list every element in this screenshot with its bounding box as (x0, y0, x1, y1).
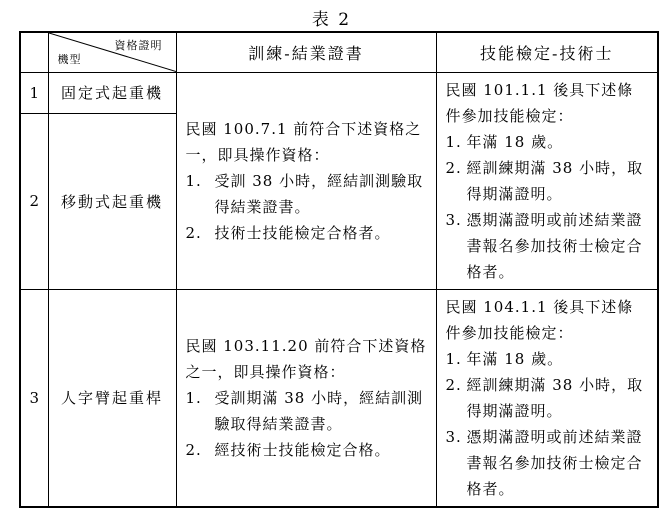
header-machine-type-label: 機型 (58, 51, 82, 67)
item-number: 1. (446, 129, 467, 155)
row-number: 1 (20, 72, 48, 113)
list-item: 1. 受訓 38 小時，經結訓測驗取得結業證書。 (186, 168, 428, 220)
item-number: 1. (186, 385, 215, 437)
item-number: 2. (446, 372, 467, 424)
machine-type-derrick: 人字臂起重桿 (48, 289, 176, 507)
item-text: 受訓 38 小時，經結訓測驗取得結業證書。 (215, 168, 428, 220)
training-cell-row-3: 民國 103.11.20 前符合下述資格之一，即具操作資格： 1. 受訓期滿 3… (176, 289, 436, 507)
item-text: 經訓練期滿 38 小時，取得期滿證明。 (467, 155, 650, 207)
table-row-1: 1 固定式起重機 民國 100.7.1 前符合下述資格之一，即具操作資格： 1.… (20, 72, 658, 113)
item-text: 年滿 18 歲。 (467, 346, 650, 372)
list-item: 1. 受訓期滿 38 小時，經結訓測驗取得結業證書。 (186, 385, 428, 437)
header-skill-test-column: 技能檢定-技術士 (436, 32, 658, 72)
item-number: 2. (186, 220, 215, 246)
machine-type-mobile-crane: 移動式起重機 (48, 113, 176, 289)
qualification-table: 資格證明 機型 訓練-結業證書 技能檢定-技術士 1 固定式起重機 民國 100… (19, 31, 659, 508)
training-intro: 民國 100.7.1 前符合下述資格之一，即具操作資格： (186, 116, 428, 168)
row-number: 3 (20, 289, 48, 507)
item-number: 3. (446, 424, 467, 502)
list-item: 1. 年滿 18 歲。 (446, 129, 650, 155)
item-number: 1. (446, 346, 467, 372)
document-page: 表 2 資格證明 機型 訓練-結業證書 技能檢定-技術士 1 固定式起重機 (0, 0, 663, 508)
list-item: 3. 憑期滿證明或前述結業證書報名參加技術士檢定合格者。 (446, 424, 650, 502)
header-diagonal-cell: 資格證明 機型 (48, 32, 176, 72)
skill-intro: 民國 101.1.1 後具下述條件參加技能檢定： (446, 77, 650, 129)
skill-test-cell-row-3: 民國 104.1.1 後具下述條件參加技能檢定： 1. 年滿 18 歲。 2. … (436, 289, 658, 507)
item-number: 3. (446, 207, 467, 285)
training-intro: 民國 103.11.20 前符合下述資格之一，即具操作資格： (186, 333, 428, 385)
skill-test-cell-rows-1-2: 民國 101.1.1 後具下述條件參加技能檢定： 1. 年滿 18 歲。 2. … (436, 72, 658, 289)
item-text: 憑期滿證明或前述結業證書報名參加技術士檢定合格者。 (467, 424, 650, 502)
table-title: 表 2 (0, 5, 663, 30)
item-text: 經技術士技能檢定合格。 (215, 437, 428, 463)
row-number: 2 (20, 113, 48, 289)
item-text: 技術士技能檢定合格者。 (215, 220, 428, 246)
header-row: 資格證明 機型 訓練-結業證書 技能檢定-技術士 (20, 32, 658, 72)
machine-type-fixed-crane: 固定式起重機 (48, 72, 176, 113)
list-item: 2. 技術士技能檢定合格者。 (186, 220, 428, 246)
item-number: 1. (186, 168, 215, 220)
list-item: 3. 憑期滿證明或前述結業證書報名參加技術士檢定合格者。 (446, 207, 650, 285)
item-text: 經訓練期滿 38 小時，取得期滿證明。 (467, 372, 650, 424)
item-number: 2. (186, 437, 215, 463)
list-item: 2. 經技術士技能檢定合格。 (186, 437, 428, 463)
header-training-column: 訓練-結業證書 (176, 32, 436, 72)
item-text: 憑期滿證明或前述結業證書報名參加技術士檢定合格者。 (467, 207, 650, 285)
list-item: 2. 經訓練期滿 38 小時，取得期滿證明。 (446, 372, 650, 424)
item-text: 受訓期滿 38 小時，經結訓測驗取得結業證書。 (215, 385, 428, 437)
list-item: 1. 年滿 18 歲。 (446, 346, 650, 372)
table-row-3: 3 人字臂起重桿 民國 103.11.20 前符合下述資格之一，即具操作資格： … (20, 289, 658, 507)
item-text: 年滿 18 歲。 (467, 129, 650, 155)
list-item: 2. 經訓練期滿 38 小時，取得期滿證明。 (446, 155, 650, 207)
header-empty-cell (20, 32, 48, 72)
training-cell-rows-1-2: 民國 100.7.1 前符合下述資格之一，即具操作資格： 1. 受訓 38 小時… (176, 72, 436, 289)
skill-intro: 民國 104.1.1 後具下述條件參加技能檢定： (446, 294, 650, 346)
header-qualification-label: 資格證明 (115, 37, 163, 53)
item-number: 2. (446, 155, 467, 207)
